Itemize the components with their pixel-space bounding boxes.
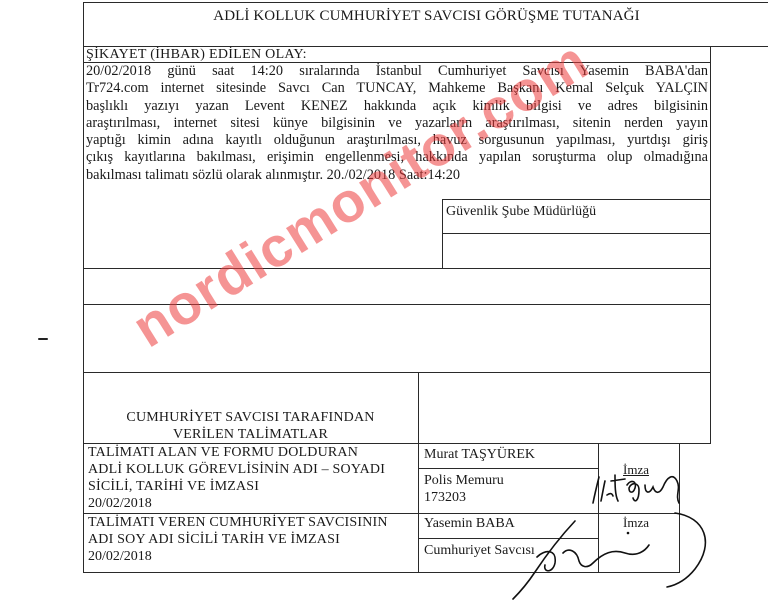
row-divider-1 xyxy=(83,268,711,269)
unit-box-left xyxy=(442,199,443,268)
border-top xyxy=(83,2,768,3)
officer-name: Murat TAŞYÜREK xyxy=(424,446,535,463)
complaint-line: 20/02/2018 günü saat 14:20 sıralarında İ… xyxy=(86,63,708,80)
prosecutor-signature-icon xyxy=(505,517,735,600)
prosecutor-name: Yasemin BABA xyxy=(424,515,515,532)
row-divider-3 xyxy=(83,372,711,373)
instructions-heading-line-2: VERİLEN TALİMATLAR xyxy=(83,426,418,443)
officer-label-line: SİCİLİ, TARİHİ VE İMZASI xyxy=(88,478,259,495)
complaint-line: başlıklı yazıyı yazan Levent KENEZ hakkı… xyxy=(86,98,708,115)
unit-label: Güvenlik Şube Müdürlüğü xyxy=(446,203,596,220)
prosecutor-label-line: TALİMATI VEREN CUMHURİYET SAVCISININ xyxy=(88,514,388,531)
prosecutor-label-line: ADI SOY ADI SİCİLİ TARİH VE İMZASI xyxy=(88,531,340,548)
complaint-line: bakılması talimatı sözlü olarak alınmışt… xyxy=(86,167,708,184)
prosecutor-date: 20/02/2018 xyxy=(88,548,152,565)
scan-mark xyxy=(38,338,48,340)
row-divider-2 xyxy=(83,304,711,305)
officer-signature-icon xyxy=(585,455,695,515)
complaint-description: 20/02/2018 günü saat 14:20 sıralarında İ… xyxy=(86,63,708,184)
complaint-line: çıkış kayıtlarına bakılması, erişimin en… xyxy=(86,149,708,166)
officer-date: 20/02/2018 xyxy=(88,495,152,512)
document-title: ADLİ KOLLUK CUMHURİYET SAVCISI GÖRÜŞME T… xyxy=(83,8,768,25)
instructions-heading-line-1: CUMHURİYET SAVCISI TARAFINDAN xyxy=(83,409,418,426)
officer-registry-number: 173203 xyxy=(424,489,466,506)
column-divider xyxy=(418,372,419,572)
border-right xyxy=(710,46,711,443)
complaint-label: ŞİKAYET (İHBAR) EDİLEN OLAY: xyxy=(86,46,307,63)
officer-title: Polis Memuru xyxy=(424,472,504,489)
complaint-line: yaptığı kimin adına kayıtlı olduğunun ar… xyxy=(86,132,708,149)
complaint-line: araştırılması, internet sitesi künye bil… xyxy=(86,115,708,132)
officer-name-divider xyxy=(418,468,598,469)
officer-label-line: ADLİ KOLLUK GÖREVLİSİNİN ADI – SOYADI xyxy=(88,461,385,478)
officer-label-line: TALİMATI ALAN VE FORMU DOLDURAN xyxy=(88,444,358,461)
border-left xyxy=(83,2,84,572)
unit-box-divider xyxy=(442,233,710,234)
complaint-line: Tr724.com internet sitesinde Savcı Can T… xyxy=(86,80,708,97)
unit-box-top xyxy=(442,199,710,200)
